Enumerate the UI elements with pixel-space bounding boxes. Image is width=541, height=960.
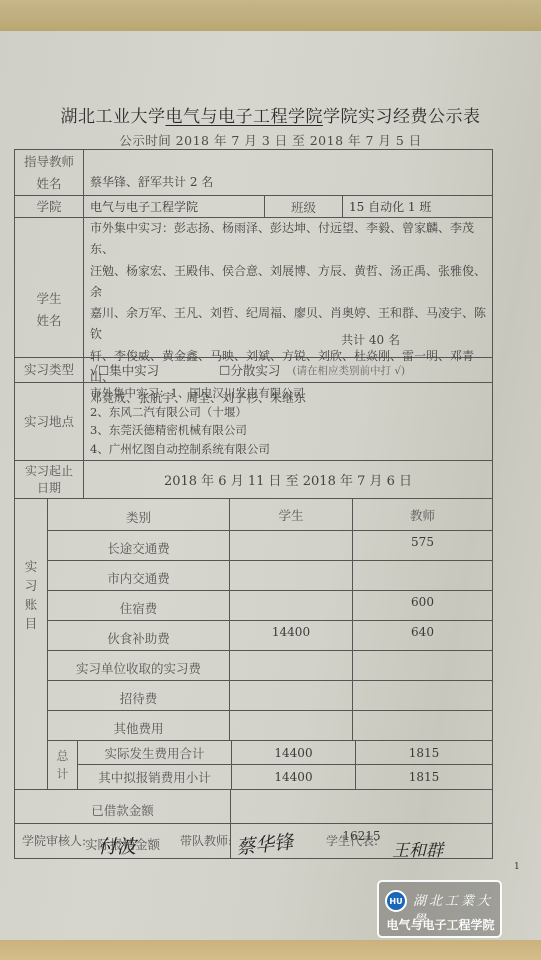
ledger-teacher-value [353,561,492,590]
college-label: 学院 [15,196,84,217]
ledger-row: 招待费 [48,681,492,711]
students-line: 嘉川、余万军、王凡、刘哲、纪周福、廖贝、肖奥婷、王和群、马凌宇、陈钦 [90,303,486,346]
document-title: 湖北工业大学电气与电子工程学院学院实习经费公示表 [0,102,541,127]
teacher-row: 指导教师姓名 蔡华锋、舒军共计 2 名 [15,150,492,196]
ledger-student-value [230,651,353,680]
students-label: 学生姓名 [15,218,84,357]
expense-form-table: 指导教师姓名 蔡华锋、舒军共计 2 名 学院 电气与电子工程学院 班级 15 自… [14,149,493,859]
students-row: 学生姓名 市外集中实习：彭志扬、杨雨泽、彭达坤、付远望、李毅、曾家麟、李茂东、 … [15,218,492,358]
ledger-table: 类别 学生 教师 长途交通费 575 市内交通费 住宿费 600 伙食补助费 [48,499,492,789]
reviewer-label: 学院审核人: [22,832,86,849]
ledger-teacher-value: 575 [353,531,492,560]
ledger-teacher-value [353,651,492,680]
students-label-line2: 姓名 [36,310,61,332]
ledger-row: 伙食补助费 14400 640 [48,621,492,651]
student-rep-signature: 王和群 [392,836,443,861]
ledger-section: 实 习 账 目 类别 学生 教师 长途交通费 575 市内交通费 住宿费 [15,499,492,790]
borrowed-label: 已借款金额 [15,790,231,823]
notice-period: 公示时间 2018 年 7 月 3 日 至 2018 年 7 月 5 日 [0,131,541,149]
totals-label: 总 计 [48,741,78,789]
ledger-label: 实 习 账 目 [15,499,48,789]
teacher-label-line1: 指导教师 [24,151,74,173]
page-number: 1 [514,862,520,872]
totals-student-value: 14400 [232,765,356,789]
totals-student-value: 14400 [232,741,356,764]
totals-teacher-value: 1815 [356,765,492,789]
totals-category: 实际发生费用合计 [78,741,232,764]
locations-label: 实习地点 [15,383,84,460]
ledger-row: 市内交通费 [48,561,492,591]
students-line: 市外集中实习：彭志扬、杨雨泽、彭达坤、付远望、李毅、曾家麟、李茂东、 [90,218,486,261]
ledger-student-value: 14400 [230,621,353,650]
watermark-department: 电气与电子工程学院 [383,916,498,933]
ledger-student-value [230,591,353,620]
ledger-label-char: 实 [25,557,38,576]
totals-label-char: 计 [56,765,68,783]
ledger-student-value [230,531,353,560]
ledger-header-row: 类别 学生 教师 [48,499,492,531]
students-line: 轩、李俊威、黄金鑫、马映、刘斌、方锐、刘欣、杜焱刚、雷一明、邓青山、 [90,346,486,389]
period-value: 2018 年 6 月 11 日 至 2018 年 7 月 6 日 [84,461,492,498]
class-value: 15 自动化 1 班 [343,196,492,217]
totals-row-reimbursable: 其中拟报销费用小计 14400 1815 [78,765,492,789]
ledger-row: 住宿费 600 [48,591,492,621]
header-student: 学生 [230,499,353,530]
ledger-teacher-value: 600 [353,591,492,620]
totals-category: 其中拟报销费用小计 [78,765,232,789]
class-label: 班级 [265,196,343,217]
location-item: 3、东莞沃德精密机械有限公司 [90,421,492,440]
students-total: 共计 40 名 [341,330,400,351]
totals-rows: 实际发生费用合计 14400 1815 其中拟报销费用小计 14400 1815 [78,741,492,789]
leader-label: 带队教师: [180,832,232,849]
watermark-badge: HU 湖北工業大學 电气与电子工程学院 [377,880,502,938]
students-label-line1: 学生 [36,288,61,310]
ledger-category: 伙食补助费 [48,621,230,650]
college-row: 学院 电气与电子工程学院 班级 15 自动化 1 班 [15,196,492,218]
totals-teacher-value: 1815 [356,741,492,764]
ledger-category: 其他费用 [48,711,230,740]
reviewer-signature: 付波 [98,832,136,859]
period-label-line1: 实习起止 [25,463,73,480]
university-logo-icon: HU [385,890,407,912]
teacher-label: 指导教师姓名 [15,150,84,195]
ledger-student-value [230,681,353,710]
borrowed-value [231,790,492,823]
ledger-category: 实习单位收取的实习费 [48,651,230,680]
student-rep-label: 学生代表: [326,832,378,849]
ledger-row: 其他费用 [48,711,492,741]
wood-table-background-top [0,0,541,31]
totals-label-char: 总 [56,747,68,765]
ledger-category: 市内交通费 [48,561,230,590]
students-line: 邓竟成、张航宇、周全、刘子杉、朱继东 [90,388,486,409]
borrowed-row: 已借款金额 [15,790,492,824]
students-line: 汪勉、杨家宏、王殿伟、侯合意、刘展博、方辰、黄哲、汤正禹、张雅俊、余 [90,261,486,304]
ledger-category: 招待费 [48,681,230,710]
header-category: 类别 [48,499,230,530]
wood-table-background-bottom [0,940,541,960]
ledger-teacher-value [353,681,492,710]
ledger-category: 住宿费 [48,591,230,620]
ledger-category: 长途交通费 [48,531,230,560]
teacher-label-line2: 姓名 [24,173,74,195]
college-value: 电气与电子工程学院 [84,196,265,217]
period-label: 实习起止日期 [15,461,84,498]
ledger-label-char: 账 [25,595,38,614]
period-row: 实习起止日期 2018 年 6 月 11 日 至 2018 年 7 月 6 日 [15,461,492,499]
title-college: 电气与电子工程学院 [166,107,324,127]
header-teacher: 教师 [353,499,492,530]
ledger-teacher-value: 640 [353,621,492,650]
ledger-label-char: 习 [25,576,38,595]
ledger-label-char: 目 [25,614,38,633]
period-label-line2: 日期 [25,480,73,497]
students-list: 市外集中实习：彭志扬、杨雨泽、彭达坤、付远望、李毅、曾家麟、李茂东、 汪勉、杨家… [84,218,492,357]
title-university: 湖北工业大学 [61,107,166,127]
totals-row-actual: 实际发生费用合计 14400 1815 [78,741,492,765]
ledger-row: 实习单位收取的实习费 [48,651,492,681]
title-suffix: 学院实习经费公示表 [323,107,481,127]
teacher-value: 蔡华锋、舒军共计 2 名 [84,150,492,195]
ledger-student-value [230,711,353,740]
location-item: 4、广州忆图自动控制系统有限公司 [90,440,492,459]
ledger-teacher-value [353,711,492,740]
ledger-student-value [230,561,353,590]
ledger-row: 长途交通费 575 [48,531,492,561]
totals-block: 总 计 实际发生费用合计 14400 1815 其中拟报销费用小计 14400 … [48,741,492,789]
internship-type-label: 实习类型 [15,358,84,382]
